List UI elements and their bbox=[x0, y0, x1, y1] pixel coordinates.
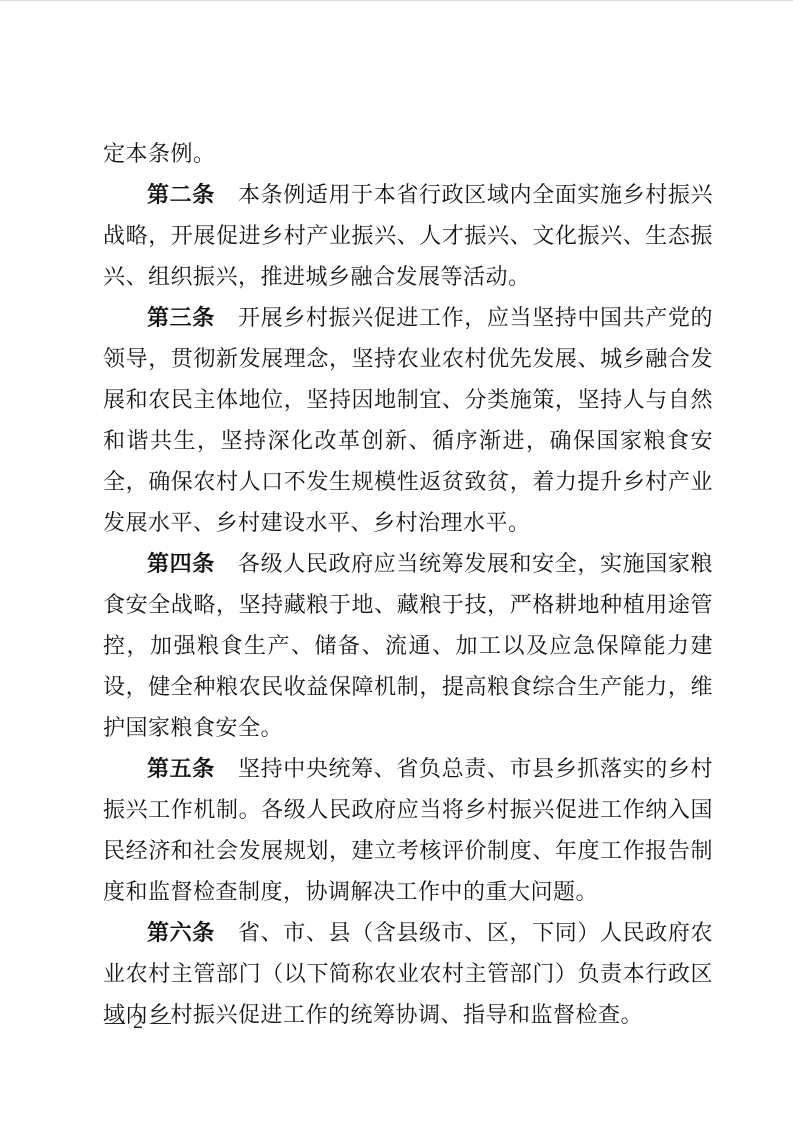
article-text: 各级人民政府应当统筹发展和安全，实施国家粮食安全战略，坚持藏粮于地、藏粮于技，严… bbox=[103, 551, 713, 740]
continuation-paragraph: 定本条例。 bbox=[103, 133, 713, 174]
page-number: — 2 — bbox=[105, 1008, 173, 1036]
article-text: 定本条例。 bbox=[103, 141, 216, 166]
article-number: 第二条 bbox=[147, 182, 215, 207]
article-paragraph: 第三条开展乡村振兴促进工作，应当坚持中国共产党的领导，贯彻新发展理念，坚持农业农… bbox=[103, 297, 713, 543]
article-number: 第六条 bbox=[147, 920, 215, 945]
article-text: 开展乡村振兴促进工作，应当坚持中国共产党的领导，贯彻新发展理念，坚持农业农村优先… bbox=[103, 305, 713, 535]
article-paragraph: 第四条各级人民政府应当统筹发展和安全，实施国家粮食安全战略，坚持藏粮于地、藏粮于… bbox=[103, 543, 713, 748]
article-paragraph: 第二条本条例适用于本省行政区域内全面实施乡村振兴战略，开展促进乡村产业振兴、人才… bbox=[103, 174, 713, 297]
document-page: 定本条例。第二条本条例适用于本省行政区域内全面实施乡村振兴战略，开展促进乡村产业… bbox=[0, 0, 793, 1122]
article-number: 第三条 bbox=[147, 305, 215, 330]
scan-edge-line bbox=[0, 0, 793, 1]
article-paragraph: 第六条省、市、县（含县级市、区，下同）人民政府农业农村主管部门（以下简称农业农村… bbox=[103, 912, 713, 1035]
article-paragraph: 第五条坚持中央统筹、省负总责、市县乡抓落实的乡村振兴工作机制。各级人民政府应当将… bbox=[103, 748, 713, 912]
article-number: 第四条 bbox=[147, 551, 215, 576]
article-number: 第五条 bbox=[147, 756, 215, 781]
document-body: 定本条例。第二条本条例适用于本省行政区域内全面实施乡村振兴战略，开展促进乡村产业… bbox=[103, 133, 713, 1035]
